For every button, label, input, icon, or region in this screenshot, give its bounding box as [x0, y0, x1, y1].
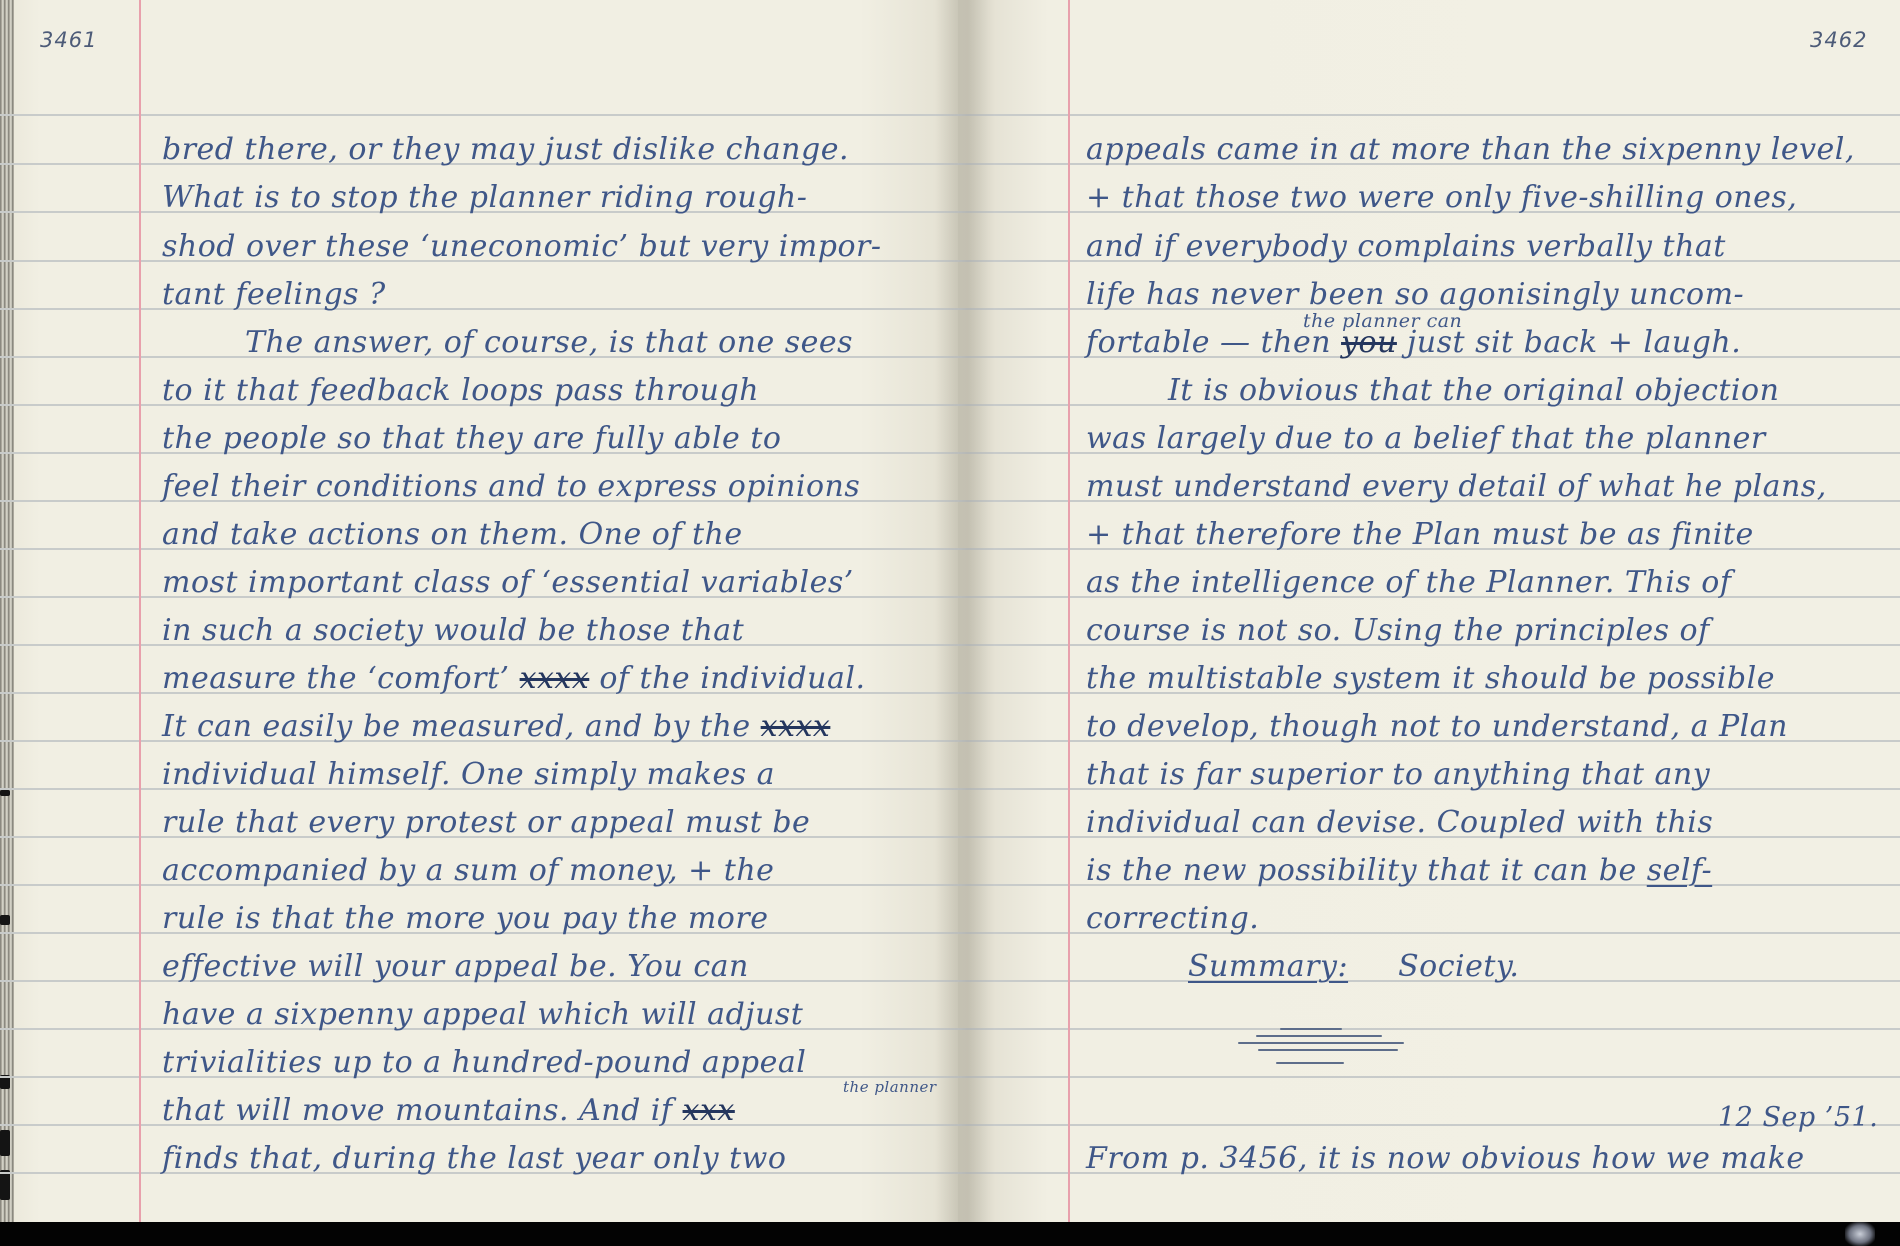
margin-line — [139, 0, 141, 1222]
text-line: effective will your appeal be. You can — [162, 952, 749, 982]
text-line: + that those two were only five-shilling… — [1086, 183, 1797, 213]
margin-line — [1068, 0, 1070, 1222]
text-line: have a sixpenny appeal which will adjust — [162, 1000, 803, 1030]
text-line: feel their conditions and to express opi… — [162, 472, 860, 502]
summary-topic: Society. — [1398, 949, 1519, 984]
text-line: as the intelligence of the Planner. This… — [1086, 568, 1731, 598]
text-line: the people so that they are fully able t… — [162, 424, 781, 454]
text-line: to it that feedback loops pass through — [162, 376, 759, 406]
paragraph-start: The answer, of course, is that one sees — [245, 328, 853, 358]
text-line: was largely due to a belief that the pla… — [1086, 424, 1766, 454]
text-line: the multistable system it should be poss… — [1086, 664, 1775, 694]
text-line: trivialities up to a hundred-pound appea… — [162, 1048, 806, 1078]
open-notebook: 3461 bred there, or they may just dislik… — [0, 0, 1900, 1222]
paragraph-start: It is obvious that the original objectio… — [1168, 376, 1779, 406]
struck-word: xxx — [683, 1096, 735, 1126]
text-line: correcting. — [1086, 904, 1259, 934]
text-line: fortable — then you just sit back + laug… — [1086, 328, 1741, 358]
text-line: What is to stop the planner riding rough… — [162, 183, 807, 213]
text-line: accompanied by a sum of money, + the — [162, 856, 774, 886]
struck-word: you — [1341, 328, 1397, 358]
summary-label: Summary: — [1188, 949, 1348, 984]
background-strip — [0, 1222, 1900, 1246]
text-line: finds that, during the last year only tw… — [162, 1144, 786, 1174]
light-glare — [1845, 1222, 1875, 1246]
text-line: rule that every protest or appeal must b… — [162, 808, 810, 838]
underlined-word: self- — [1647, 853, 1712, 888]
text-line: shod over these ‘uneconomic’ but very im… — [162, 232, 882, 262]
section-divider — [1238, 1028, 1438, 1078]
insertion-note: the planner — [843, 1080, 937, 1095]
text-line: bred there, or they may just dislike cha… — [162, 135, 849, 165]
text-line: individual can devise. Coupled with this — [1086, 808, 1713, 838]
text-line: and take actions on them. One of the — [162, 520, 743, 550]
text-line: and if everybody complains verbally that — [1086, 232, 1726, 262]
text-line: + that therefore the Plan must be as fin… — [1086, 520, 1754, 550]
text-line: is the new possibility that it can be se… — [1086, 856, 1712, 886]
text-line: measure the ‘comfort’ xxxx of the indivi… — [162, 664, 866, 694]
summary-heading: Summary: Society. — [1188, 952, 1519, 982]
text-line: appeals came in at more than the sixpenn… — [1086, 135, 1855, 165]
text-line: rule is that the more you pay the more — [162, 904, 768, 934]
right-page: 3462 appeals came in at more than the si… — [958, 0, 1900, 1222]
text-line: that is far superior to anything that an… — [1086, 760, 1710, 790]
struck-word: xxxx — [761, 712, 831, 742]
text-line: It can easily be measured, and by the xx… — [162, 712, 830, 742]
text-line: in such a society would be those that — [162, 616, 744, 646]
text-line: individual himself. One simply makes a — [162, 760, 775, 790]
page-number: 3462 — [1810, 28, 1867, 52]
text-line: to develop, though not to understand, a … — [1086, 712, 1788, 742]
entry-date: 12 Sep ’51. — [1718, 1104, 1878, 1131]
text-line: tant feelings ? — [162, 280, 386, 310]
left-page: 3461 bred there, or they may just dislik… — [0, 0, 958, 1222]
text-line: life has never been so agonisingly uncom… — [1086, 280, 1744, 310]
text-line: that will move mountains. And if xxx — [162, 1096, 735, 1126]
text-line: must understand every detail of what he … — [1086, 472, 1827, 502]
text-line: most important class of ‘essential varia… — [162, 568, 854, 598]
text-line: course is not so. Using the principles o… — [1086, 616, 1710, 646]
text-line: From p. 3456, it is now obvious how we m… — [1086, 1144, 1805, 1174]
page-number: 3461 — [40, 28, 97, 52]
struck-word: xxxx — [520, 664, 590, 694]
binding-marks — [0, 790, 12, 1210]
